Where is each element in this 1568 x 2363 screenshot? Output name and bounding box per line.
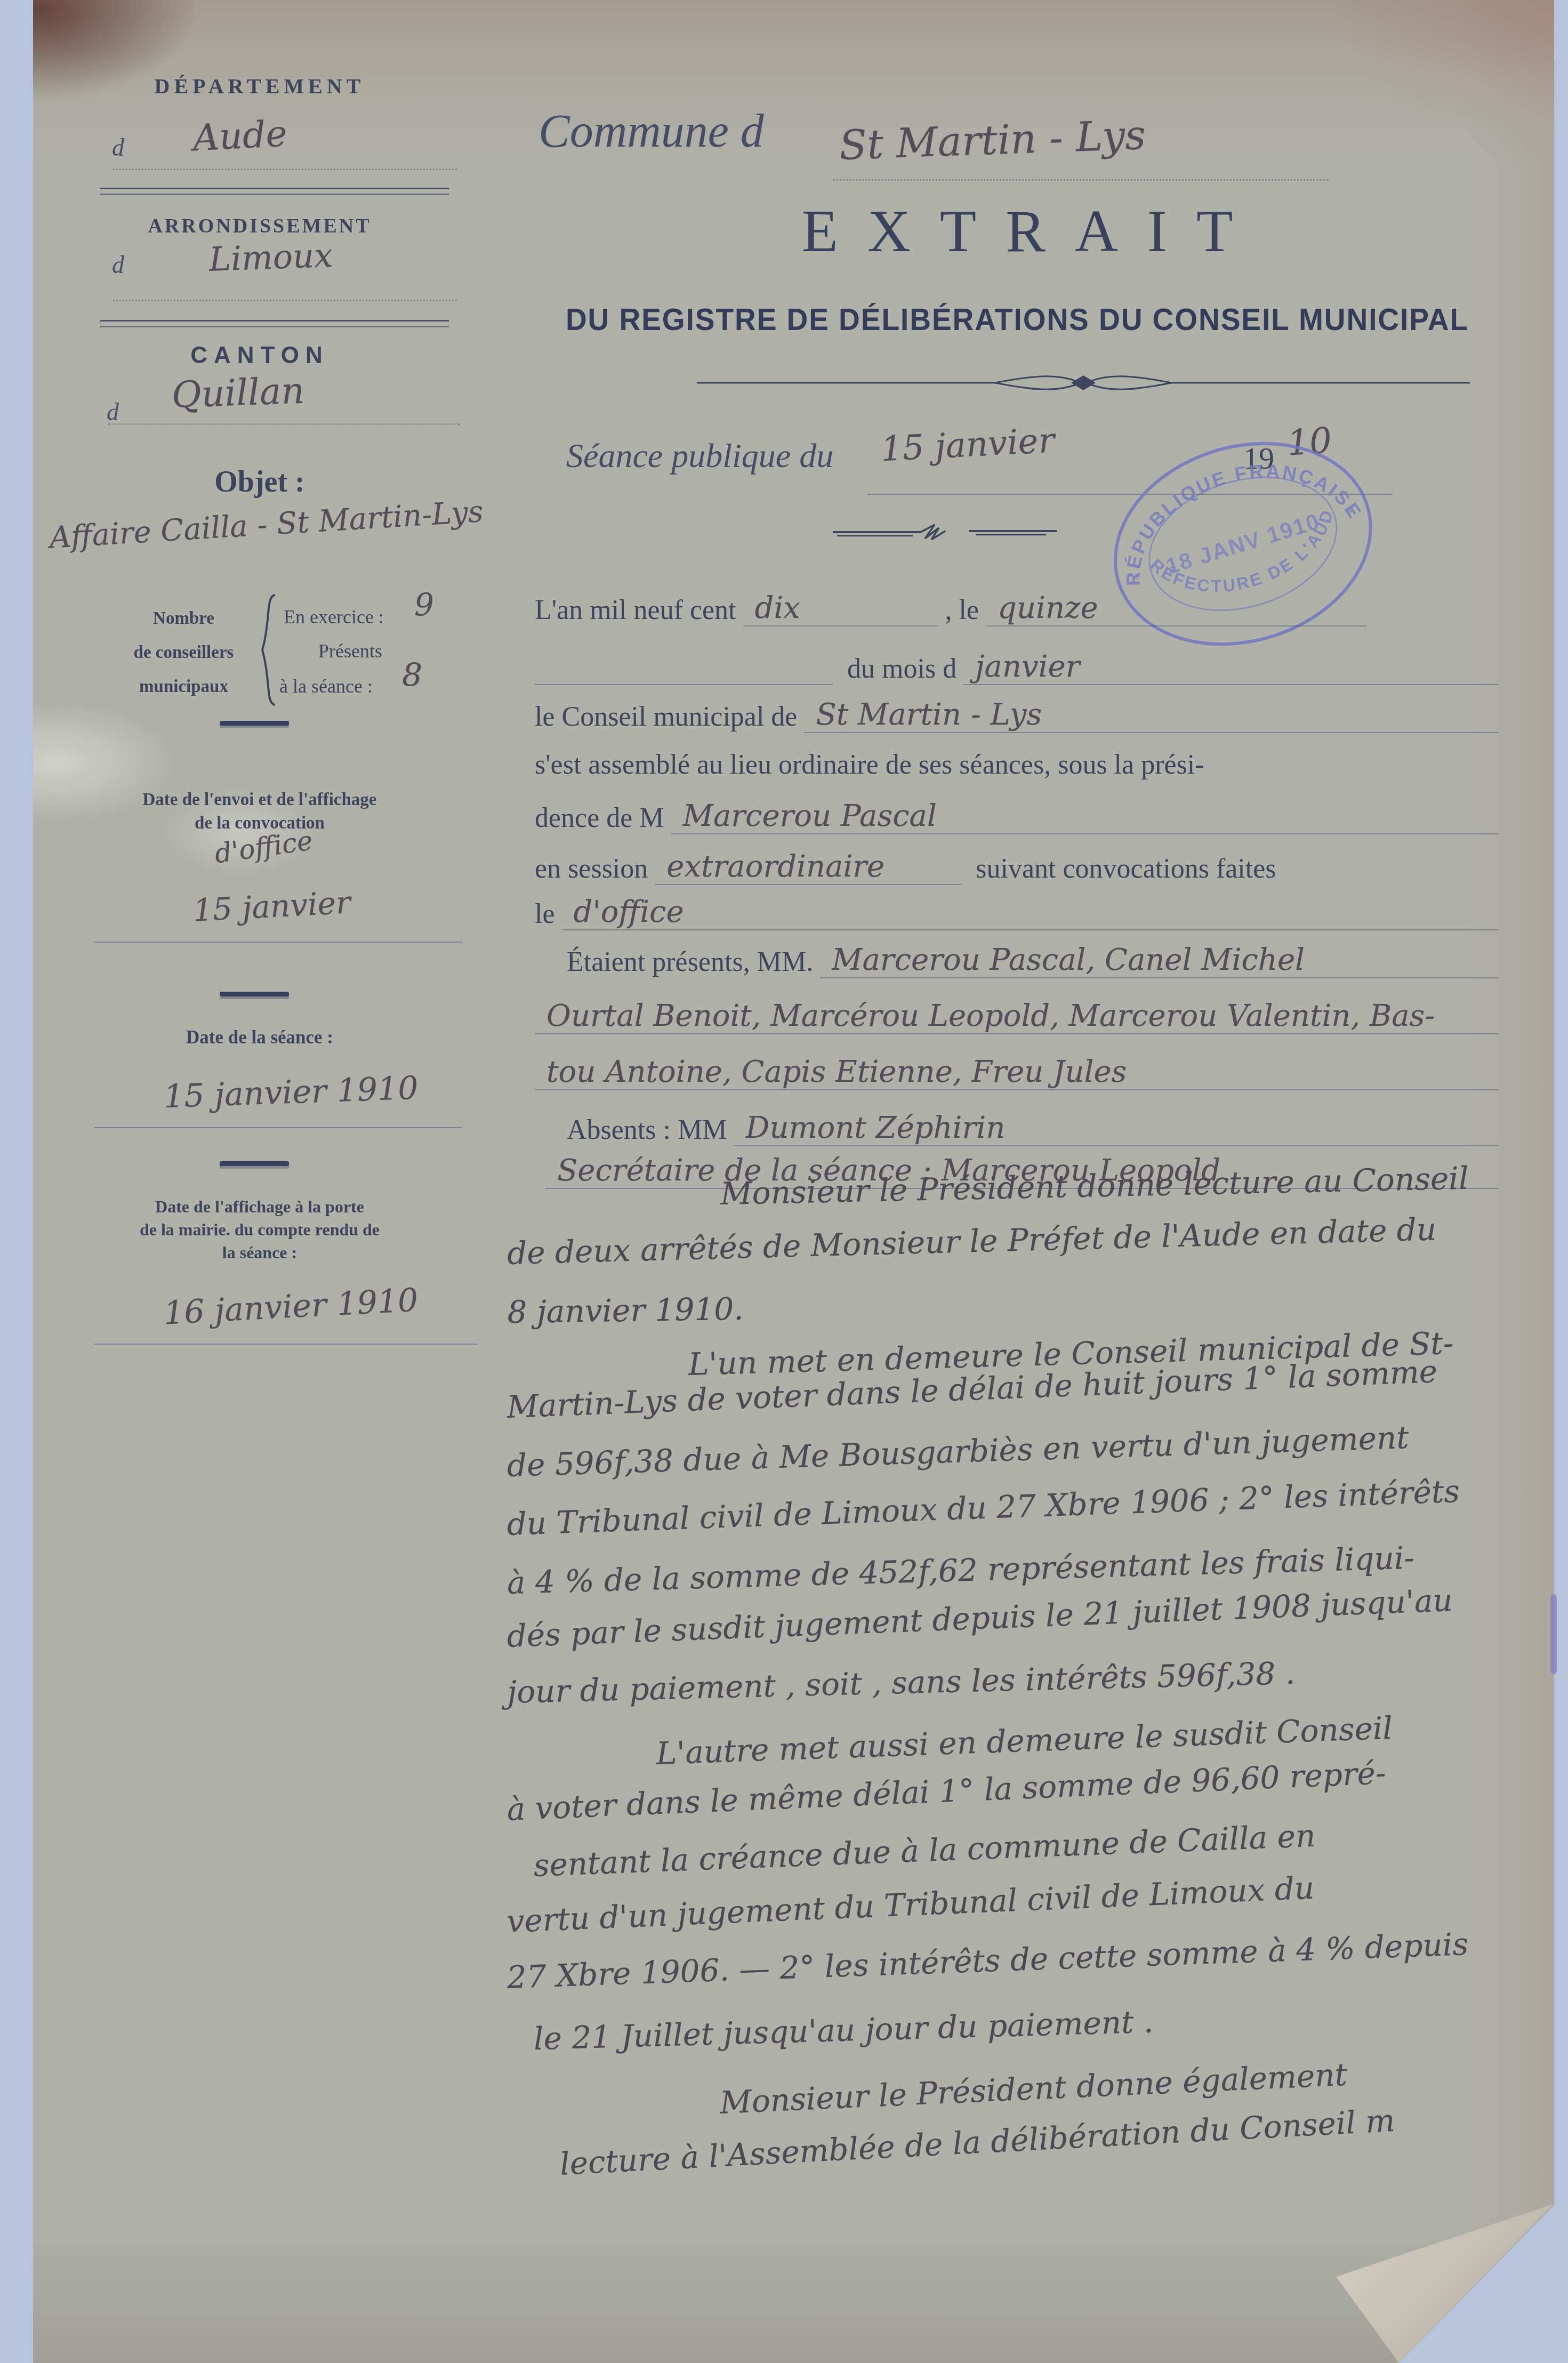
handwriting-line: le 21 Juillet jusqu'au jour du paiement … [533, 2004, 1154, 2057]
handwriting-line: de 596f,38 due à Me Bousgarbiès en vertu… [506, 1419, 1410, 1484]
handwriting-line: à voter dans le même délai 1° la somme d… [506, 1755, 1387, 1828]
handwriting-line: 27 Xbre 1906. — 2° les intérêts de cette… [506, 1926, 1469, 1996]
edge-mark [1550, 1594, 1557, 1674]
handwriting-line: sentant la créance due à la commune de C… [533, 1818, 1316, 1884]
handwriting-line: lecture à l'Assemblée de la délibération… [559, 2102, 1395, 2182]
handwriting-line: jour du paiement , soit , sans les intér… [506, 1655, 1296, 1710]
photo-of-document: { "page_colors": {"background":"#b7c3da"… [0, 0, 1568, 2363]
handwritten-paragraphs: Monsieur le Président donne lecture au C… [33, 0, 1554, 2363]
handwriting-line: Monsieur le Président donne lecture au C… [720, 1160, 1469, 1212]
handwriting-line: du Tribunal civil de Limoux du 27 Xbre 1… [506, 1473, 1460, 1542]
handwriting-line: de deux arrêtés de Monsieur le Préfet de… [506, 1211, 1437, 1272]
handwriting-line: 8 janvier 1910. [507, 1291, 744, 1330]
document-paper: DÉPARTEMENT d Aude ARRONDISSEMENT d Limo… [33, 0, 1554, 2363]
